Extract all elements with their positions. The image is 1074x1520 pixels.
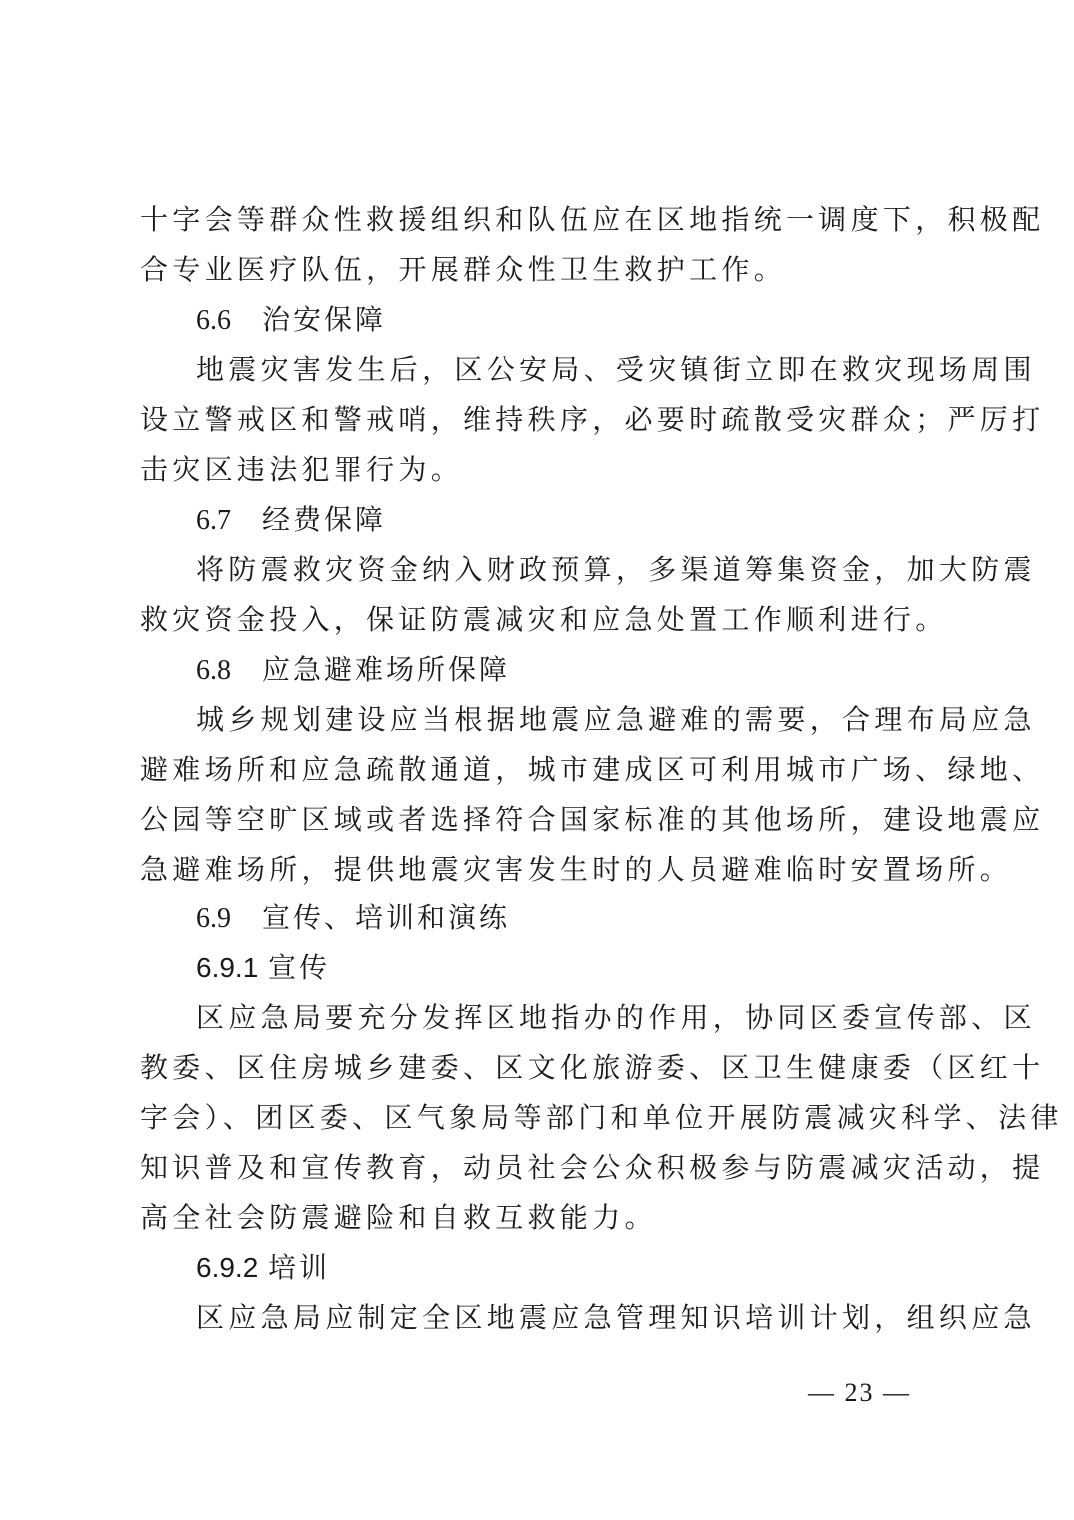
section-number: 6.6: [196, 303, 262, 339]
body-text-line: 合专业医疗队伍，开展群众性卫生救护工作。: [140, 252, 940, 288]
body-text-line: 将防震救灾资金纳入财政预算，多渠道筹集资金，加大防震: [196, 552, 940, 588]
document-page: 十字会等群众性救援组织和队伍应在区地指统一调度下，积极配 合专业医疗队伍，开展群…: [0, 0, 1074, 1520]
section-title: 经费保障: [262, 503, 386, 536]
body-text-line: 字会）、团区委、区气象局等部门和单位开展防震减灾科学、法律: [140, 1100, 940, 1136]
body-text-line: 急避难场所，提供地震灾害发生时的人员避难临时安置场所。: [140, 852, 940, 888]
subsection-title: 宣传: [268, 951, 330, 984]
section-heading-6-8: 6.8应急避难场所保障: [196, 652, 996, 689]
section-heading-6-9: 6.9宣传、培训和演练: [196, 900, 996, 937]
subsection-heading-6-9-2: 6.9.2培训: [196, 1250, 996, 1286]
subsection-heading-6-9-1: 6.9.1宣传: [196, 950, 996, 986]
subsection-number: 6.9.2: [196, 1250, 262, 1286]
body-text-line: 救灾资金投入，保证防震减灾和应急处置工作顺利进行。: [140, 602, 940, 638]
subsection-number: 6.9.1: [196, 950, 262, 986]
page-number: — 23 —: [808, 1378, 911, 1408]
body-text-line: 教委、区住房城乡建委、区文化旅游委、区卫生健康委（区红十: [140, 1050, 940, 1086]
body-text-line: 避难场所和应急疏散通道，城市建成区可利用城市广场、绿地、: [140, 752, 940, 788]
section-heading-6-6: 6.6治安保障: [196, 302, 996, 339]
body-text-line: 十字会等群众性救援组织和队伍应在区地指统一调度下，积极配: [140, 202, 940, 238]
body-text-line: 公园等空旷区域或者选择符合国家标准的其他场所，建设地震应: [140, 802, 940, 838]
body-text-line: 击灾区违法犯罪行为。: [140, 452, 940, 488]
section-number: 6.9: [196, 901, 262, 937]
section-heading-6-7: 6.7经费保障: [196, 502, 996, 539]
section-title: 宣传、培训和演练: [262, 901, 510, 934]
body-text-line: 区应急局要充分发挥区地指办的作用，协同区委宣传部、区: [196, 1000, 940, 1036]
section-number: 6.7: [196, 503, 262, 539]
body-text-line: 区应急局应制定全区地震应急管理知识培训计划，组织应急: [196, 1300, 940, 1336]
body-text-line: 城乡规划建设应当根据地震应急避难的需要，合理布局应急: [196, 702, 940, 738]
body-text-line: 地震灾害发生后，区公安局、受灾镇街立即在救灾现场周围: [196, 352, 940, 388]
section-title: 应急避难场所保障: [262, 653, 510, 686]
section-title: 治安保障: [262, 303, 386, 336]
body-text-line: 设立警戒区和警戒哨，维持秩序，必要时疏散受灾群众；严厉打: [140, 402, 940, 438]
body-text-line: 知识普及和宣传教育，动员社会公众积极参与防震减灾活动，提: [140, 1150, 940, 1186]
section-number: 6.8: [196, 653, 262, 689]
subsection-title: 培训: [268, 1251, 330, 1284]
body-text-line: 高全社会防震避险和自救互救能力。: [140, 1200, 940, 1236]
